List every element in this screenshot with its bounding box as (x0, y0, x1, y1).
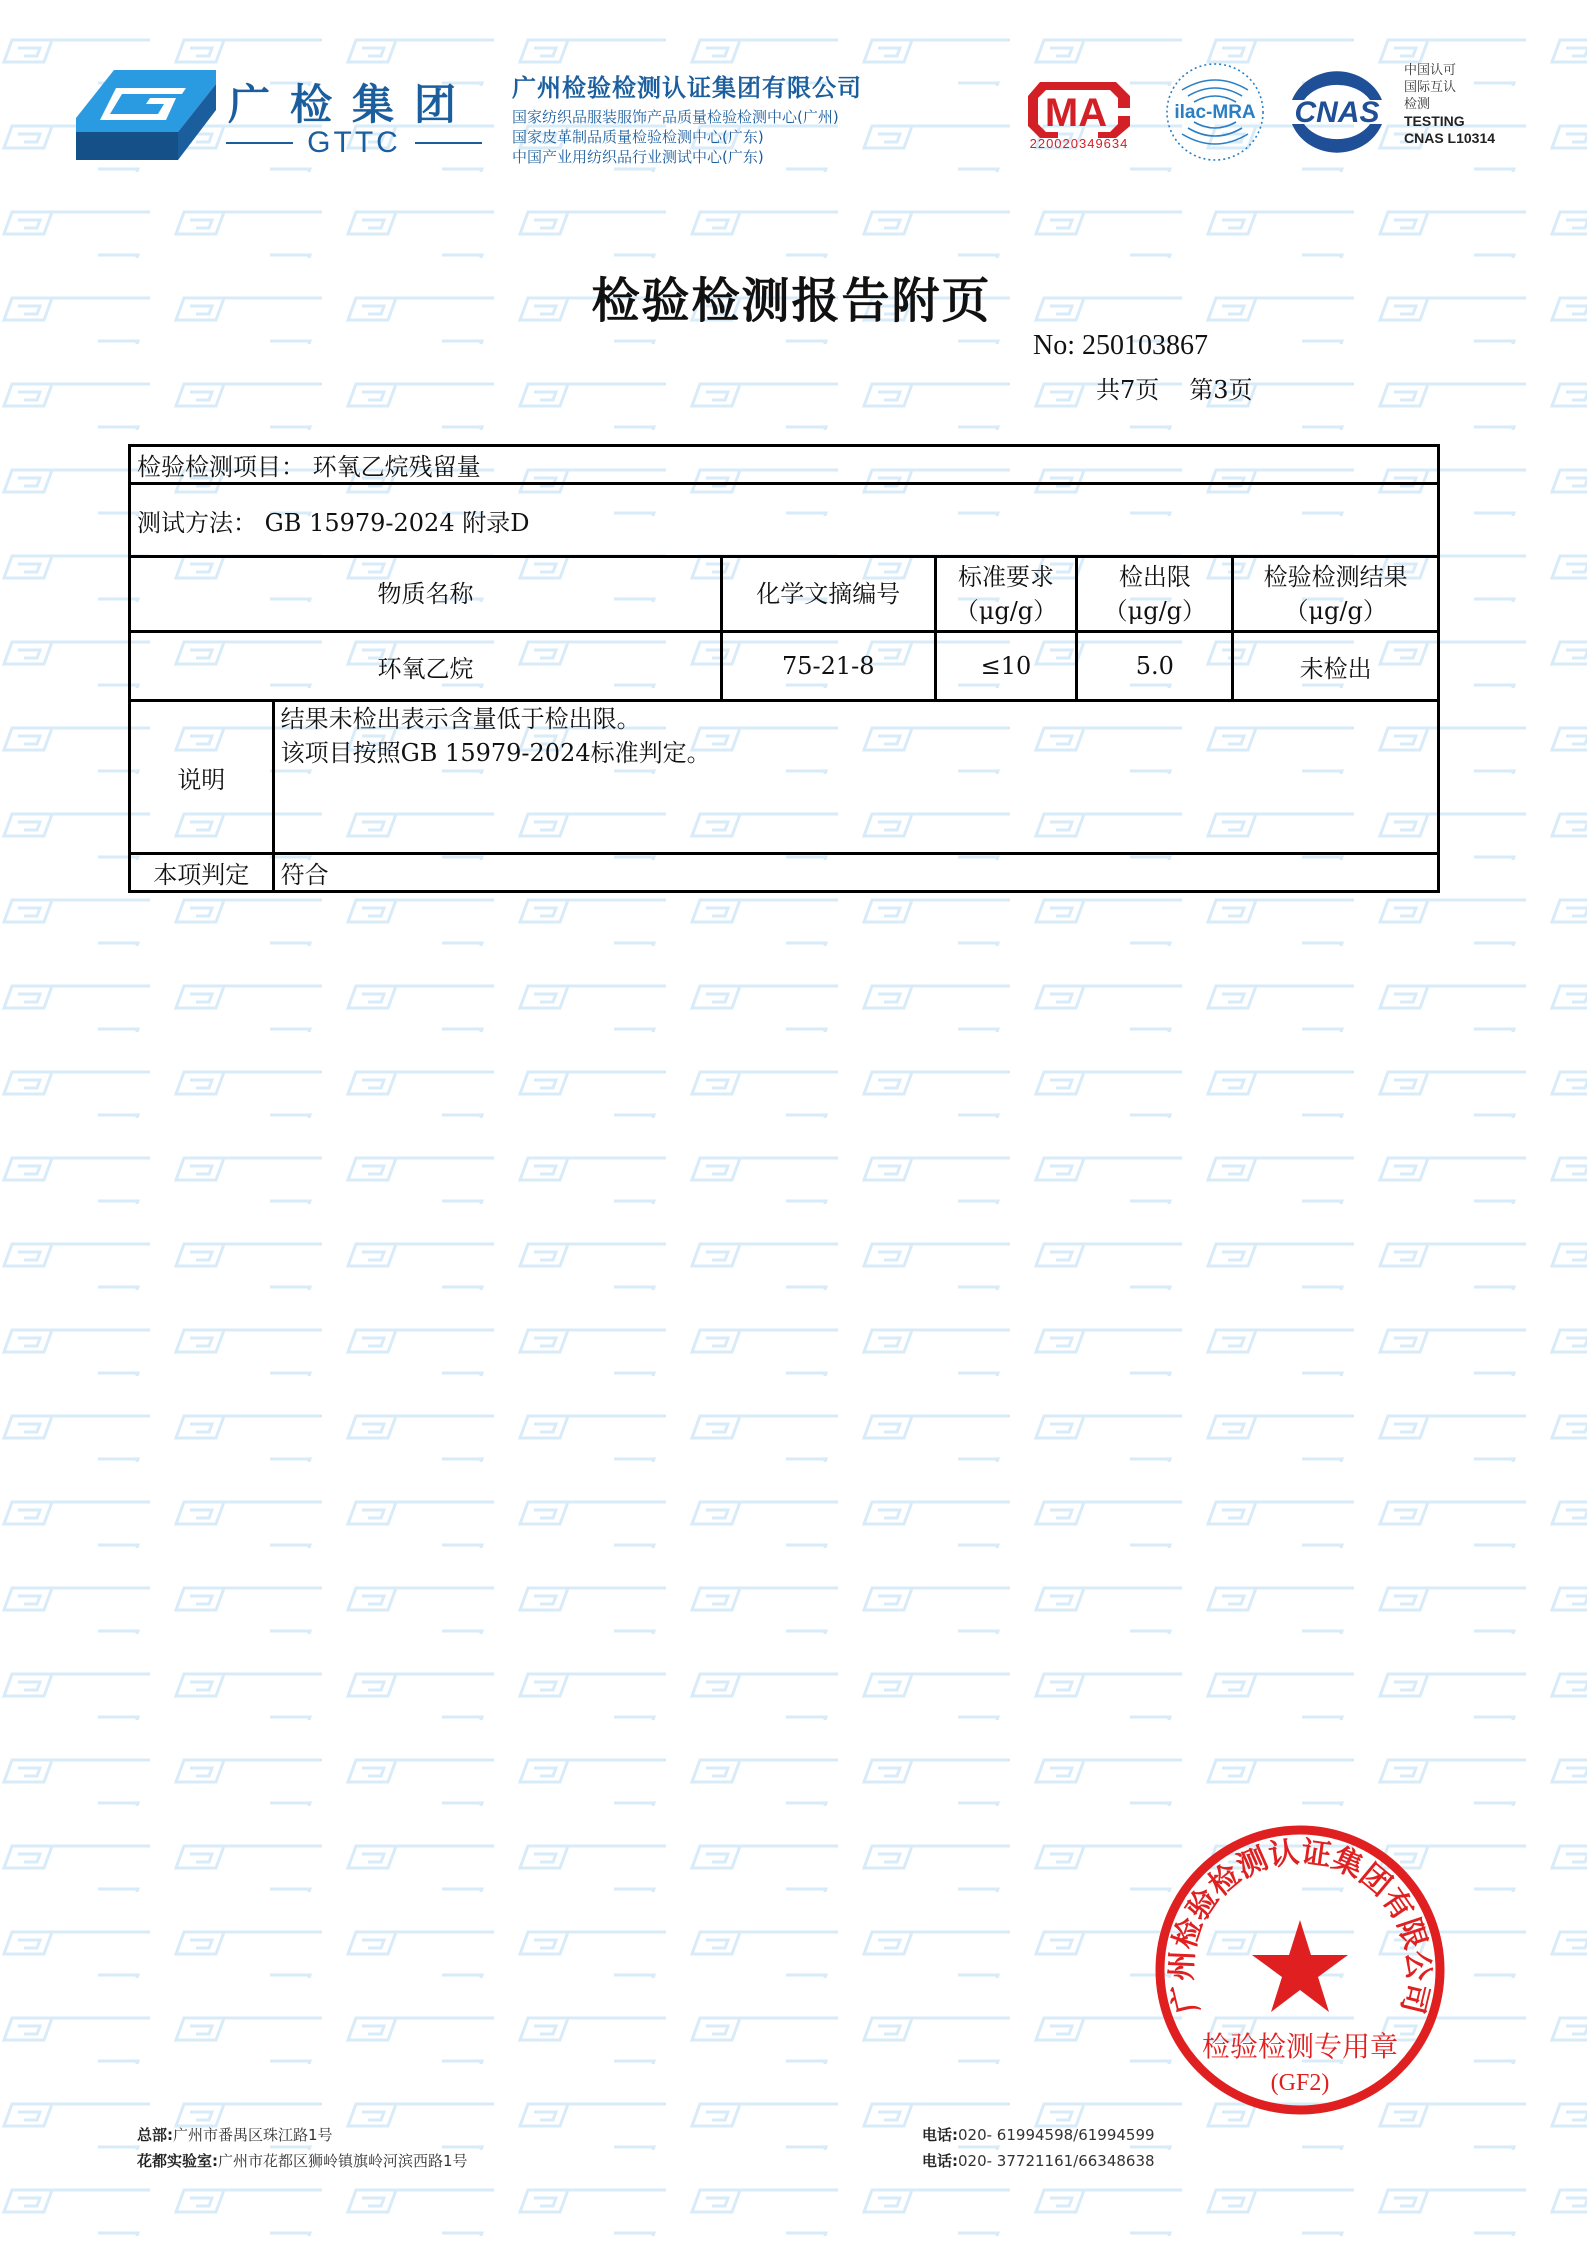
divider (226, 142, 293, 144)
brand-name-en-row: GTTC (226, 126, 482, 160)
svg-text:检验检测专用章: 检验检测专用章 (1202, 2030, 1398, 2063)
column-header-cas: 化学文摘编号 (722, 557, 935, 632)
footer-hq: 总部:广州市番禺区珠江路1号 (137, 2122, 468, 2148)
current-page: 第3页 (1189, 376, 1252, 404)
footer-lab-phone: 电话:020- 37721161/66348638 (922, 2148, 1155, 2174)
column-header-result: 检验检测结果（μg/g） (1233, 557, 1439, 632)
svg-text:ilac-MRA: ilac-MRA (1174, 102, 1256, 123)
cma-number: 220020349634 (1018, 136, 1140, 151)
footer-hq-phone: 电话:020- 61994598/61994599 (922, 2122, 1155, 2148)
report-number: No: 250103867 (1033, 330, 1208, 362)
ilac-mra-mark-icon: ilac-MRA (1160, 60, 1270, 164)
organization-subtitle: 中国产业用纺织品行业测试中心(广东) (512, 147, 862, 167)
table-row: 环氧乙烷 75-21-8 ≤10 5.0 未检出 (130, 632, 1439, 701)
column-header-substance: 物质名称 (130, 557, 722, 632)
star-icon (1252, 1920, 1348, 2012)
cnas-mark-icon: CNAS (1278, 66, 1396, 158)
cnas-code: CNAS L10314 (1404, 130, 1495, 147)
column-header-requirement: 标准要求（μg/g） (935, 557, 1077, 632)
organization-name: 广州检验检测认证集团有限公司 (512, 68, 862, 103)
svg-text:(GF2): (GF2) (1271, 2070, 1330, 2096)
footer-lab: 花都实验室:广州市花都区狮岭镇旗岭河滨西路1号 (137, 2148, 468, 2174)
cnas-testing: TESTING (1404, 113, 1495, 130)
notes-row: 说明 结果未检出表示含量低于检出限。 该项目按照GB 15979-2024标准判… (130, 701, 1439, 854)
cell-cas: 75-21-8 (722, 632, 935, 701)
total-pages: 共7页 (1096, 376, 1159, 404)
verdict-value: 符合 (273, 854, 1438, 892)
footer-addresses: 总部:广州市番禺区珠江路1号 花都实验室:广州市花都区狮岭镇旗岭河滨西路1号 (137, 2122, 468, 2174)
test-method-row: 测试方法： GB 15979-2024 附录D (130, 484, 1439, 557)
cnas-line: 国际互认 (1404, 79, 1495, 96)
footer-phones: 电话:020- 61994598/61994599 电话:020- 377211… (922, 2122, 1155, 2174)
brand-name-cn: 广检集团 (228, 72, 476, 132)
verdict-row: 本项判定 符合 (130, 854, 1439, 892)
page-title-text: 检验检测报告附页 (591, 273, 991, 329)
page-title: 检验检测报告附页 (0, 262, 1587, 331)
cell-substance: 环氧乙烷 (130, 632, 722, 701)
divider (415, 142, 482, 144)
notes-content: 结果未检出表示含量低于检出限。 该项目按照GB 15979-2024标准判定。 (273, 701, 1438, 854)
test-item-row: 检验检测项目： 环氧乙烷残留量 (130, 446, 1439, 484)
notes-label: 说明 (130, 701, 274, 854)
note-line: 结果未检出表示含量低于检出限。 (281, 702, 1431, 736)
column-header-detection-limit: 检出限（μg/g） (1077, 557, 1233, 632)
verdict-label: 本项判定 (130, 854, 274, 892)
svg-text:CNAS: CNAS (1294, 96, 1379, 129)
svg-text:MA: MA (1045, 91, 1107, 135)
brand-name-en: GTTC (293, 126, 415, 160)
gttc-logo-icon (76, 70, 216, 160)
organization-block: 广州检验检测认证集团有限公司 国家纺织品服装服饰产品质量检验检测中心(广州) 国… (512, 68, 862, 167)
official-seal-stamp: 广州检验检测认证集团有限公司 检验检测专用章 (GF2) (1150, 1820, 1450, 2120)
cnas-line: 检测 (1404, 96, 1495, 113)
cnas-accreditation-text: 中国认可 国际互认 检测 TESTING CNAS L10314 (1404, 62, 1495, 147)
test-method: 测试方法： GB 15979-2024 附录D (130, 484, 1439, 557)
test-item: 检验检测项目： 环氧乙烷残留量 (130, 446, 1439, 484)
cell-requirement: ≤10 (935, 632, 1077, 701)
table-header-row: 物质名称 化学文摘编号 标准要求（μg/g） 检出限（μg/g） 检验检测结果（… (130, 557, 1439, 632)
organization-subtitle: 国家皮革制品质量检验检测中心(广东) (512, 127, 862, 147)
note-line: 该项目按照GB 15979-2024标准判定。 (281, 736, 1431, 770)
test-result-table: 检验检测项目： 环氧乙烷残留量 测试方法： GB 15979-2024 附录D … (128, 444, 1440, 893)
cell-result: 未检出 (1233, 632, 1439, 701)
organization-subtitle: 国家纺织品服装服饰产品质量检验检测中心(广州) (512, 107, 862, 127)
cnas-line: 中国认可 (1404, 62, 1495, 79)
cell-detection-limit: 5.0 (1077, 632, 1233, 701)
page-indicator: 共7页第3页 (1096, 370, 1283, 405)
